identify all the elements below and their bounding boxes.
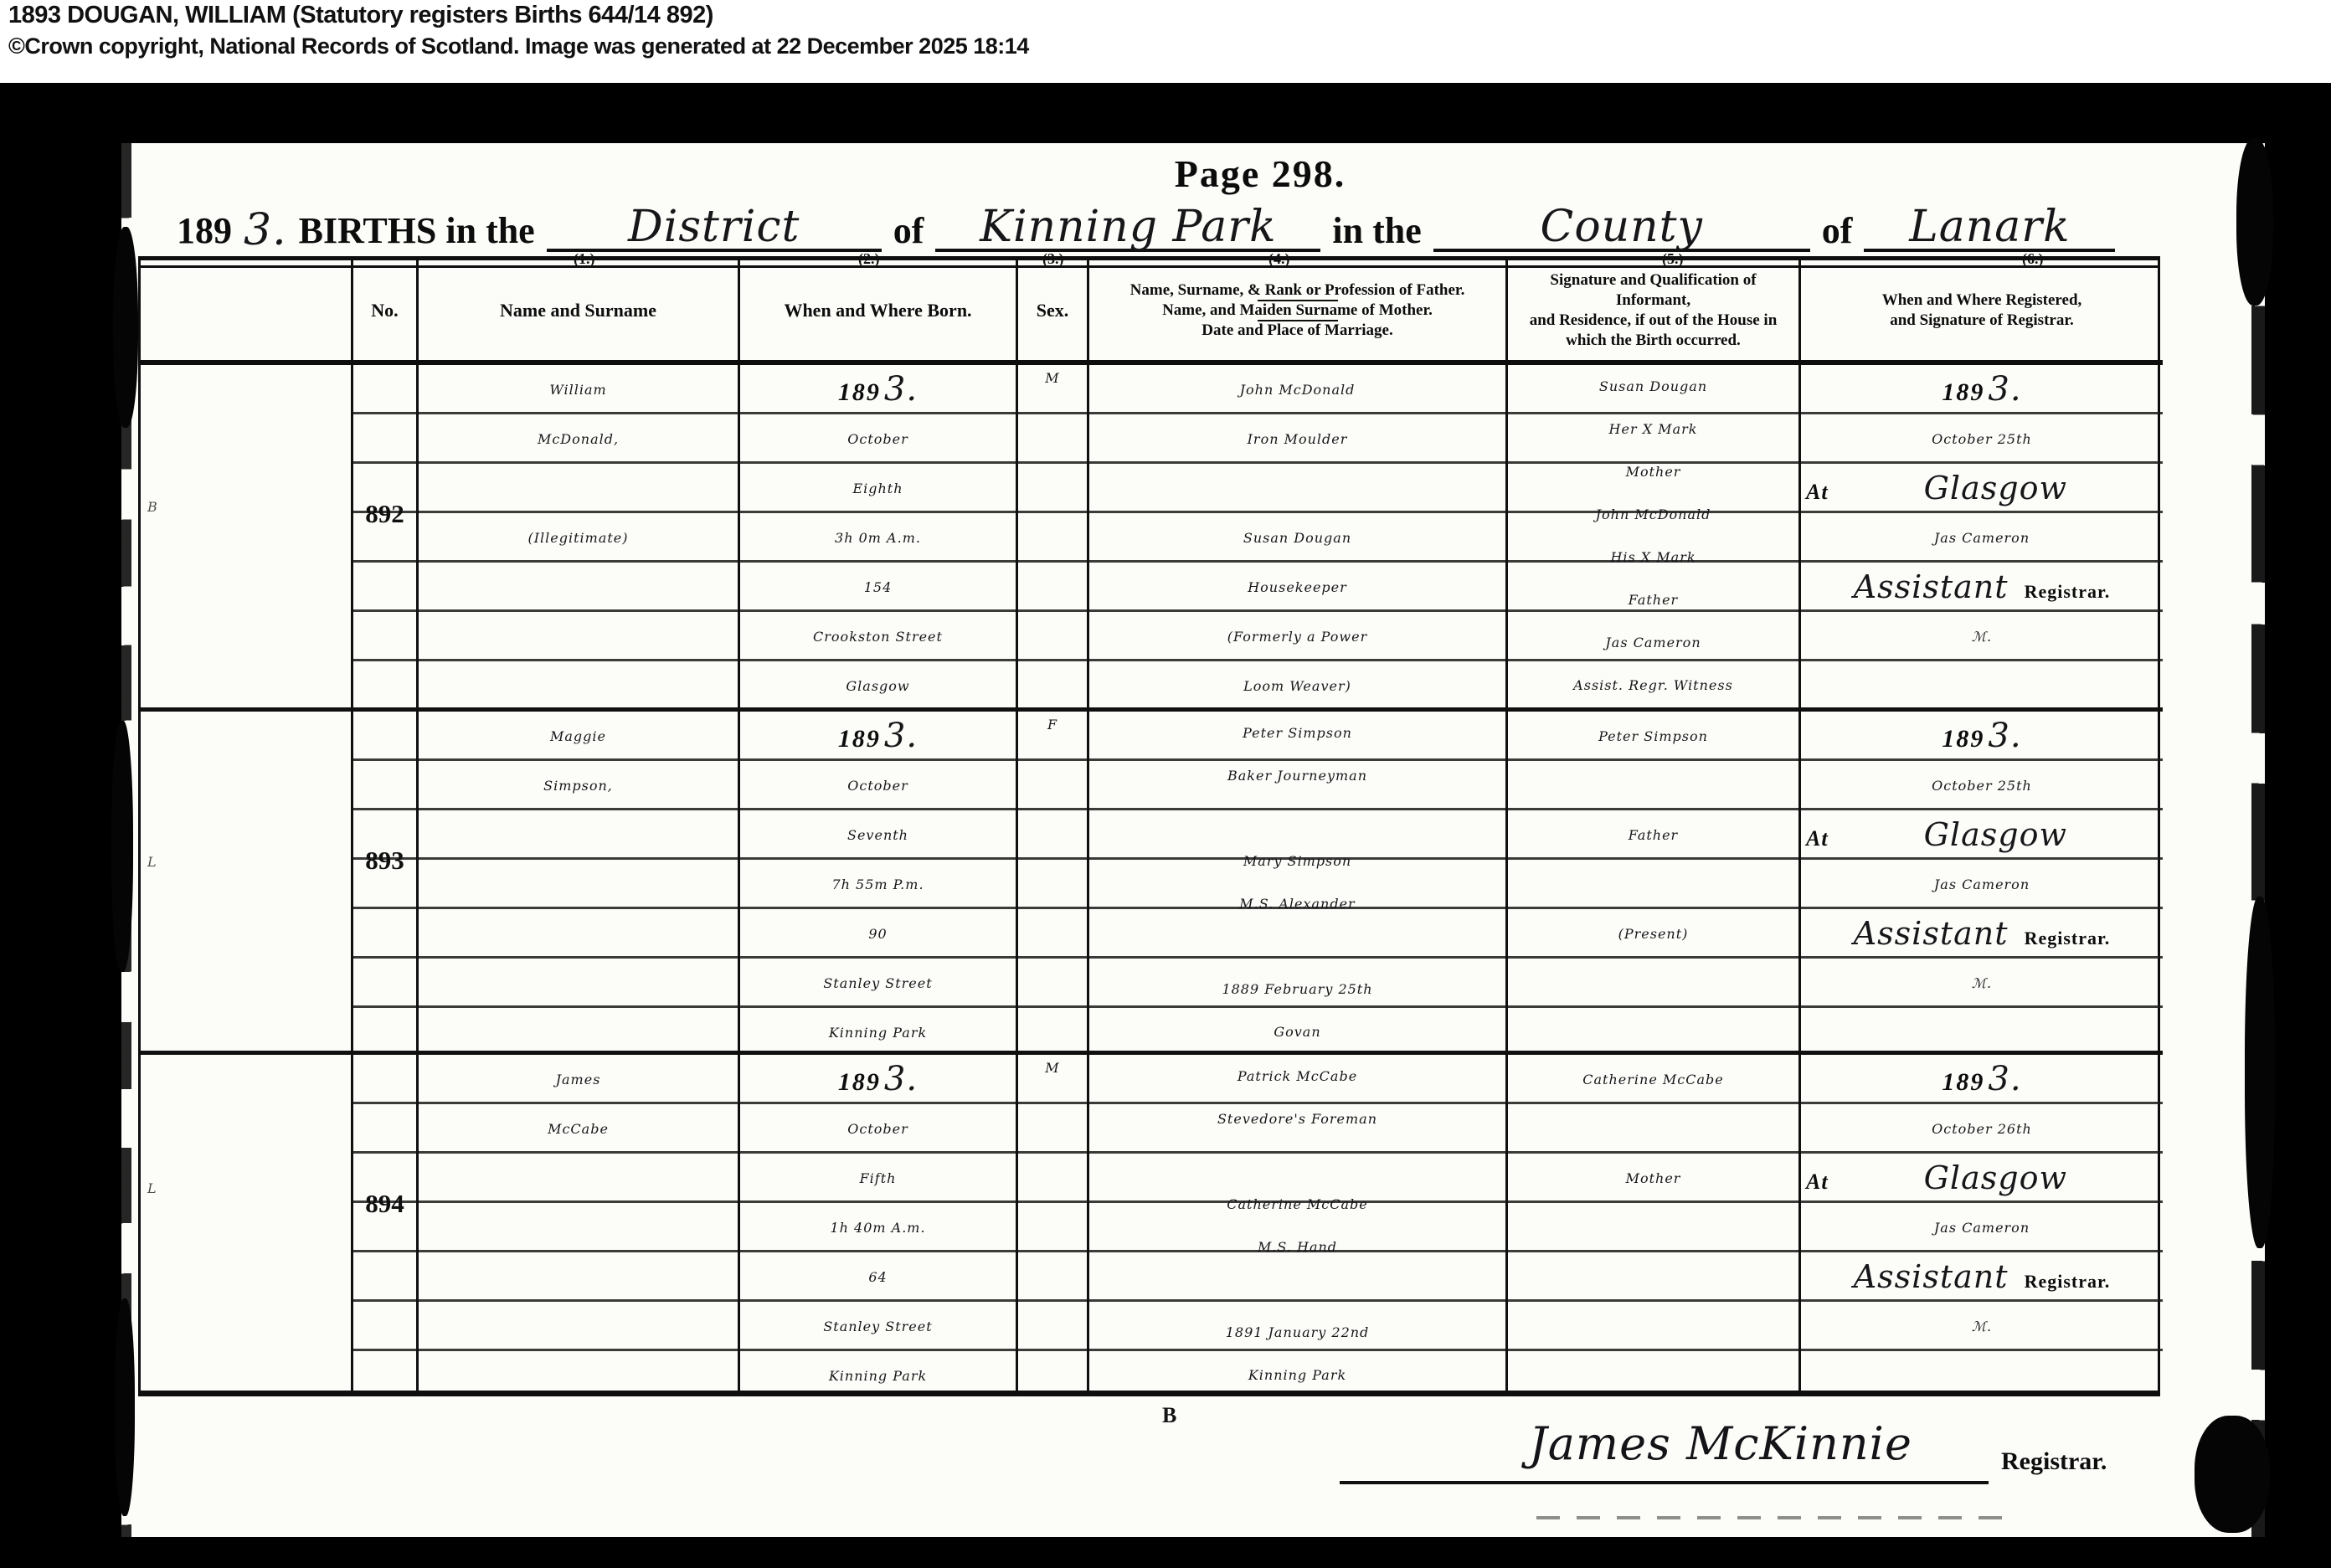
table-header-row: No. Name and Surname When and Where Born… xyxy=(141,260,2163,365)
cell-line: Kinning Park xyxy=(740,1008,1016,1057)
sex-value: M xyxy=(1018,1055,1087,1076)
cell-line: Baker Journeyman xyxy=(1089,754,1505,797)
born-year-line: 1893. xyxy=(740,1055,1016,1104)
cell-line: Crookston Street xyxy=(740,612,1016,661)
reg-year-line: 1893. xyxy=(1801,365,2163,414)
scan-blot xyxy=(2195,1416,2270,1533)
cell-line: Glasgow xyxy=(740,661,1016,711)
cell-line: McCabe xyxy=(419,1104,738,1154)
of-label-2: of xyxy=(1822,209,1853,252)
born-cell: 1893. OctoberSeventh7h 55m P.m.90Stanley… xyxy=(738,712,1016,1051)
reg-initials: ℳ. xyxy=(1801,1302,2163,1351)
reg-role-line: Assistant Registrar. xyxy=(1801,1252,2163,1302)
born-lines: OctoberEighth3h 0m A.m.154Crookston Stre… xyxy=(740,414,1016,711)
registrar-printed-label: Registrar. xyxy=(2025,581,2111,602)
name-cell: JamesMcCabe xyxy=(416,1055,738,1395)
cell-line: and Signature of Registrar. xyxy=(1882,311,2082,331)
registered-cell: 1893. October 25th At Glasgow Jas Camero… xyxy=(1798,712,2163,1051)
at-label: At xyxy=(1806,467,1829,517)
cell-line: Susan Dougan xyxy=(1508,365,1798,408)
year-script: 3. xyxy=(244,208,287,252)
parents-cell: John McDonaldIron MoulderSusan DouganHou… xyxy=(1087,365,1505,707)
reg-signature: Jas Cameron xyxy=(1801,860,2163,909)
margin-annotation: L xyxy=(147,854,157,870)
born-year-line: 1893. xyxy=(740,712,1016,761)
born-lines: OctoberSeventh7h 55m P.m.90Stanley Stree… xyxy=(740,761,1016,1057)
scan-blot xyxy=(2236,138,2273,306)
entry-number: 893 xyxy=(353,712,416,876)
at-label: At xyxy=(1806,814,1829,863)
reg-place: Glasgow xyxy=(1829,810,2163,860)
reg-year-script: 3. xyxy=(1988,370,2021,409)
cell-line: Name, Surname, & Rank or Profession of F… xyxy=(1130,280,1465,301)
cell-line: Stevedore's Foreman xyxy=(1089,1098,1505,1140)
cell-line: October xyxy=(740,1104,1016,1154)
entry-number: 892 xyxy=(353,365,416,529)
cell-line: M.S. Hand xyxy=(1089,1226,1505,1268)
viewer-header: 1893 DOUGAN, WILLIAM (Statutory register… xyxy=(0,0,2331,83)
cell-line: Peter Simpson xyxy=(1089,712,1505,754)
registrar-signature: James McKinnie xyxy=(1486,1417,1955,1470)
scan-blot xyxy=(113,227,138,428)
cell-line: Maggie xyxy=(419,712,738,761)
reg-year-printed: 189 xyxy=(1942,1068,1984,1096)
header-name-label: Name and Surname xyxy=(500,300,656,321)
cell-line: Stanley Street xyxy=(740,1302,1016,1351)
county-name: Lanark xyxy=(1864,205,2115,252)
cell-line: (Illegitimate) xyxy=(419,513,738,563)
born-year-script: 3. xyxy=(884,1060,918,1098)
informant-lines: Peter SimpsonFather(Present) xyxy=(1508,712,1798,959)
margin-cell: B xyxy=(141,365,351,707)
in-the-label: in the xyxy=(1332,209,1421,252)
births-label: BIRTHS in the xyxy=(299,209,535,252)
cell-line: October xyxy=(740,761,1016,810)
cell-line: Patrick McCabe xyxy=(1089,1055,1505,1098)
parents-lines: John McDonaldIron MoulderSusan DouganHou… xyxy=(1089,365,1505,711)
cell-line xyxy=(1089,1140,1505,1183)
at-label: At xyxy=(1806,1157,1829,1206)
header-informant-lines: Signature and Qualification of Informant… xyxy=(1513,270,1793,351)
cell-line xyxy=(1508,761,1798,810)
registrar-label: Registrar. xyxy=(2001,1447,2107,1476)
informant-lines: Susan DouganHer X MarkMotherJohn McDonal… xyxy=(1508,365,1798,707)
cell-line: Assist. Regr. Witness xyxy=(1508,664,1798,707)
born-year-script: 3. xyxy=(884,370,918,409)
cell-line: Mother xyxy=(1508,450,1798,493)
margin-annotation: L xyxy=(147,1180,157,1196)
name-lines: JamesMcCabe xyxy=(419,1055,738,1154)
cell-line: 154 xyxy=(740,563,1016,612)
district-name: Kinning Park xyxy=(935,205,1320,252)
born-cell: 1893. OctoberFifth1h 40m A.m.64Stanley S… xyxy=(738,1055,1016,1395)
header-born: When and Where Born. xyxy=(738,260,1016,360)
header-no: No. xyxy=(351,260,416,360)
cell-line: and Residence, if out of the House in xyxy=(1513,311,1793,331)
cell-line: 90 xyxy=(740,909,1016,959)
reg-place: Glasgow xyxy=(1829,1154,2163,1203)
header-registered-lines: When and Where Registered,and Signature … xyxy=(1882,290,2082,331)
header-parents-lines: Name, Surname, & Rank or Profession of F… xyxy=(1130,280,1465,341)
born-year-printed: 189 xyxy=(838,725,881,753)
register-row-892: B 892 WilliamMcDonald,(Illegitimate) 189… xyxy=(141,365,2163,712)
born-year-line: 1893. xyxy=(740,365,1016,414)
register-row-894: L 894 JamesMcCabe 1893. OctoberFifth1h 4… xyxy=(141,1055,2163,1395)
cell-line xyxy=(1508,860,1798,909)
year-printed: 189 xyxy=(177,209,232,252)
cell-line: McDonald, xyxy=(419,414,738,464)
reg-place-line: At Glasgow xyxy=(1801,810,2163,860)
cell-line: Govan xyxy=(1089,1010,1505,1053)
signature-underline-dashes xyxy=(1536,1516,2005,1519)
parents-cell: Patrick McCabeStevedore's ForemanCatheri… xyxy=(1087,1055,1505,1395)
informant-cell: Susan DouganHer X MarkMotherJohn McDonal… xyxy=(1505,365,1798,707)
header-margin-cell xyxy=(141,260,351,360)
cell-line: Kinning Park xyxy=(740,1351,1016,1401)
reg-role-line: Assistant Registrar. xyxy=(1801,563,2163,612)
reg-year-printed: 189 xyxy=(1942,378,1984,406)
cell-line: 1889 February 25th xyxy=(1089,968,1505,1010)
born-year-script: 3. xyxy=(884,717,918,755)
born-year-printed: 189 xyxy=(838,378,881,406)
born-year-printed: 189 xyxy=(838,1068,881,1096)
name-cell: MaggieSimpson, xyxy=(416,712,738,1051)
sex-value: M xyxy=(1018,365,1087,386)
cell-line: His X Mark xyxy=(1508,536,1798,578)
cell-line: Name, and Maiden Surname of Mother. xyxy=(1130,301,1465,321)
header-informant: Signature and Qualification of Informant… xyxy=(1505,260,1798,360)
cell-line xyxy=(419,464,738,513)
no-cell: 892 xyxy=(351,365,416,707)
cell-line: When and Where Registered, xyxy=(1882,290,2082,311)
cell-line: 1h 40m A.m. xyxy=(740,1203,1016,1252)
cell-line: John McDonald xyxy=(1508,493,1798,536)
cell-line xyxy=(1508,1104,1798,1154)
sex-cell: M xyxy=(1016,365,1087,707)
cell-line: Father xyxy=(1508,810,1798,860)
reg-role-line: Assistant Registrar. xyxy=(1801,909,2163,959)
sex-value: F xyxy=(1018,712,1087,733)
record-title: 1893 DOUGAN, WILLIAM (Statutory register… xyxy=(8,2,713,29)
cell-line: John McDonald xyxy=(1089,365,1505,414)
cell-line: William xyxy=(419,365,738,414)
header-registered: When and Where Registered,and Signature … xyxy=(1798,260,2163,360)
cell-line: Loom Weaver) xyxy=(1089,661,1505,711)
scan-blot xyxy=(2245,897,2275,1248)
registrar-printed-label: Registrar. xyxy=(2025,928,2111,949)
viewer-root: { "header_bar": { "line1": "1893 DOUGAN,… xyxy=(0,0,2331,1568)
cell-line: (Formerly a Power xyxy=(1089,612,1505,661)
registrar-printed-label: Registrar. xyxy=(2025,1271,2111,1292)
of-label-1: of xyxy=(893,209,924,252)
informant-lines: Catherine McCabeMother xyxy=(1508,1055,1798,1203)
cell-line: Seventh xyxy=(740,810,1016,860)
county-word: County xyxy=(1433,205,1810,252)
cell-line: Mary Simpson xyxy=(1089,840,1505,882)
scan-right-edge-artifact xyxy=(2251,143,2280,1537)
cell-line: Catherine McCabe xyxy=(1508,1055,1798,1104)
margin-cell: L xyxy=(141,1055,351,1395)
reg-date: October 25th xyxy=(1801,761,2163,810)
margin-annotation: B xyxy=(147,499,158,515)
parents-cell: Peter SimpsonBaker JourneymanMary Simpso… xyxy=(1087,712,1505,1051)
informant-cell: Catherine McCabeMother xyxy=(1505,1055,1798,1395)
footer-letter-b: B xyxy=(1162,1403,1176,1428)
name-cell: WilliamMcDonald,(Illegitimate) xyxy=(416,365,738,707)
cell-line: Simpson, xyxy=(419,761,738,810)
reg-initials: ℳ. xyxy=(1801,959,2163,1008)
cell-line xyxy=(1089,925,1505,968)
reg-date: October 25th xyxy=(1801,414,2163,464)
reg-signature: Jas Cameron xyxy=(1801,513,2163,563)
born-lines: OctoberFifth1h 40m A.m.64Stanley StreetK… xyxy=(740,1104,1016,1401)
reg-date: October 26th xyxy=(1801,1104,2163,1154)
cell-line: Susan Dougan xyxy=(1089,513,1505,563)
cell-line: Catherine McCabe xyxy=(1089,1183,1505,1226)
cell-line: Eighth xyxy=(740,464,1016,513)
cell-line: Father xyxy=(1508,578,1798,621)
scan-blot xyxy=(111,721,133,972)
cell-line: October xyxy=(740,414,1016,464)
header-no-label: No. xyxy=(371,300,398,321)
cell-line: 1891 January 22nd xyxy=(1089,1311,1505,1354)
reg-year-line: 1893. xyxy=(1801,712,2163,761)
reg-place: Glasgow xyxy=(1829,464,2163,513)
margin-cell: L xyxy=(141,712,351,1051)
parents-lines: Patrick McCabeStevedore's ForemanCatheri… xyxy=(1089,1055,1505,1396)
district-word: District xyxy=(547,205,882,252)
cell-line: Kinning Park xyxy=(1089,1354,1505,1396)
entry-number: 894 xyxy=(353,1055,416,1219)
header-born-label: When and Where Born. xyxy=(784,300,971,321)
scan-blot xyxy=(115,1298,135,1516)
reg-year-script: 3. xyxy=(1988,717,2021,755)
scanned-register-page: Page 298. 189 3. BIRTHS in the District … xyxy=(121,143,2265,1537)
reg-year-printed: 189 xyxy=(1942,725,1984,753)
cell-line: Iron Moulder xyxy=(1089,414,1505,464)
cell-line xyxy=(1089,797,1505,840)
header-parents: Name, Surname, & Rank or Profession of F… xyxy=(1087,260,1505,360)
cell-line: Mother xyxy=(1508,1154,1798,1203)
cell-line: 3h 0m A.m. xyxy=(740,513,1016,563)
cell-line: James xyxy=(419,1055,738,1104)
header-sex-label: Sex. xyxy=(1037,300,1069,321)
sex-cell: F xyxy=(1016,712,1087,1051)
header-name: Name and Surname xyxy=(416,260,738,360)
reg-role-script: Assistant xyxy=(1854,1258,2009,1295)
no-cell: 893 xyxy=(351,712,416,1051)
reg-role-script: Assistant xyxy=(1854,915,2009,952)
registered-cell: 1893. October 26th At Glasgow Jas Camero… xyxy=(1798,1055,2163,1395)
cell-line: 64 xyxy=(740,1252,1016,1302)
header-sex: Sex. xyxy=(1016,260,1087,360)
register-row-893: L 893 MaggieSimpson, 1893. OctoberSevent… xyxy=(141,712,2163,1055)
cell-line xyxy=(1089,464,1505,513)
cell-line: Jas Cameron xyxy=(1508,621,1798,664)
reg-role-script: Assistant xyxy=(1854,568,2009,605)
register-table: No. Name and Surname When and Where Born… xyxy=(138,256,2160,1396)
reg-place-line: At Glasgow xyxy=(1801,464,2163,513)
registered-cell: 1893. October 25th At Glasgow Jas Camero… xyxy=(1798,365,2163,707)
reg-year-line: 1893. xyxy=(1801,1055,2163,1104)
sex-cell: M xyxy=(1016,1055,1087,1395)
reg-signature: Jas Cameron xyxy=(1801,1203,2163,1252)
informant-cell: Peter SimpsonFather(Present) xyxy=(1505,712,1798,1051)
register-title-line: 189 3. BIRTHS in the District of Kinning… xyxy=(177,187,2220,252)
cell-line: M.S. Alexander xyxy=(1089,882,1505,925)
name-lines: WilliamMcDonald,(Illegitimate) xyxy=(419,365,738,563)
reg-place-line: At Glasgow xyxy=(1801,1154,2163,1203)
cell-line: 7h 55m P.m. xyxy=(740,860,1016,909)
cell-line: which the Birth occurred. xyxy=(1513,331,1793,351)
parents-lines: Peter SimpsonBaker JourneymanMary Simpso… xyxy=(1089,712,1505,1053)
copyright-line: ©Crown copyright, National Records of Sc… xyxy=(8,33,1029,59)
cell-line: Peter Simpson xyxy=(1508,712,1798,761)
cell-line: Date and Place of Marriage. xyxy=(1130,321,1465,341)
cell-line xyxy=(1089,1268,1505,1311)
no-cell: 894 xyxy=(351,1055,416,1395)
reg-year-script: 3. xyxy=(1988,1060,2021,1098)
cell-line: Signature and Qualification of Informant… xyxy=(1513,270,1793,311)
cell-line: Her X Mark xyxy=(1508,408,1798,450)
cell-line: (Present) xyxy=(1508,909,1798,959)
cell-line: Stanley Street xyxy=(740,959,1016,1008)
name-lines: MaggieSimpson, xyxy=(419,712,738,810)
born-cell: 1893. OctoberEighth3h 0m A.m.154Crooksto… xyxy=(738,365,1016,707)
reg-initials: ℳ. xyxy=(1801,612,2163,661)
cell-line: Housekeeper xyxy=(1089,563,1505,612)
cell-line: Fifth xyxy=(740,1154,1016,1203)
signature-line xyxy=(1340,1481,1989,1484)
